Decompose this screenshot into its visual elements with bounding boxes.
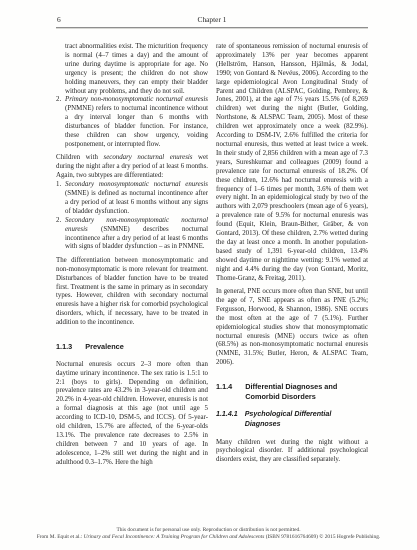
section-title: Psychological Differential Diagnoses bbox=[245, 410, 368, 429]
text-run: Many children wet during the night witho… bbox=[216, 439, 368, 464]
section-number: 1.1.4.1 bbox=[216, 410, 238, 429]
page-number: 6 bbox=[57, 15, 61, 25]
paragraph: Nocturnal enuresis occurs 2–3 more often… bbox=[56, 361, 208, 468]
paragraph: Many children wet during the night witho… bbox=[216, 439, 368, 466]
italic-text: Urinary and Fecal Incontinence: A Traini… bbox=[84, 534, 265, 540]
section-heading: 1.1.4Differential Diagnoses and Comorbid… bbox=[216, 382, 368, 401]
text-run: In general, PNE occurs more often than S… bbox=[216, 288, 368, 366]
paragraph: Children with secondary nocturnal enures… bbox=[56, 154, 208, 181]
paragraph: The differentiation between monosymptoma… bbox=[56, 257, 208, 328]
text-run: rate of spontaneous remission of nocturn… bbox=[216, 43, 368, 282]
list-item: 2.Secondary non-monosymptomatic nocturna… bbox=[56, 217, 208, 253]
list-item-text: Primary non-monosymptomatic nocturnal en… bbox=[65, 96, 208, 149]
page-footer: This document is for personal use only. … bbox=[0, 527, 417, 542]
text-run: tract abnormalities exist. The micturiti… bbox=[65, 43, 208, 95]
list-marker: 2. bbox=[56, 217, 65, 253]
section-title: Prevalence bbox=[85, 342, 124, 352]
text-run: (PNMNE) refers to nocturnal incontinence… bbox=[65, 105, 208, 148]
subsection-heading: 1.1.4.1Psychological Differential Diagno… bbox=[216, 410, 368, 429]
paragraph: In general, PNE occurs more often than S… bbox=[216, 288, 368, 368]
list-marker: 1. bbox=[56, 181, 65, 217]
left-column: tract abnormalities exist. The micturiti… bbox=[56, 43, 208, 468]
text-run: Nocturnal enuresis occurs 2–3 more often… bbox=[56, 361, 208, 466]
footer-source-citation: From M. Equit et al.: Urinary and Fecal … bbox=[0, 534, 417, 542]
page-header: 6 Chapter 1 bbox=[56, 15, 368, 26]
header-rule bbox=[56, 27, 368, 28]
text-run: The differentiation between monosymptoma… bbox=[56, 257, 208, 326]
list-item: 2.Primary non-monosymptomatic nocturnal … bbox=[56, 96, 208, 149]
section-heading: 1.1.3Prevalence bbox=[56, 342, 208, 352]
paragraph: tract abnormalities exist. The micturiti… bbox=[56, 43, 208, 96]
text-run: (ISBN 9781616764609) © 2015 Hogrefe Publ… bbox=[264, 534, 380, 540]
list-item-text: Secondary monosymptomatic nocturnal enur… bbox=[65, 181, 208, 217]
section-number: 1.1.4 bbox=[216, 382, 232, 401]
list-marker: 2. bbox=[56, 96, 65, 149]
italic-text: secondary nocturnal enuresis bbox=[104, 154, 193, 161]
section-title: Differential Diagnoses and Comorbid Diso… bbox=[245, 382, 368, 401]
list-item-text: Secondary non-monosymptomatic nocturnal … bbox=[65, 217, 208, 253]
italic-text: Secondary monosymptomatic nocturnal enur… bbox=[65, 181, 208, 188]
section-number: 1.1.3 bbox=[56, 342, 72, 352]
list-item: 1.Secondary monosymptomatic nocturnal en… bbox=[56, 181, 208, 217]
chapter-title: Chapter 1 bbox=[56, 15, 368, 25]
paragraph: rate of spontaneous remission of nocturn… bbox=[216, 43, 368, 283]
book-page: 6 Chapter 1 tract abnormalities exist. T… bbox=[0, 0, 417, 550]
text-run: Children with bbox=[56, 154, 104, 161]
text-columns: tract abnormalities exist. The micturiti… bbox=[56, 43, 368, 468]
italic-text: Primary non-monosymptomatic nocturnal en… bbox=[65, 96, 208, 103]
text-run: From M. Equit et al.: bbox=[37, 534, 84, 540]
right-column: rate of spontaneous remission of nocturn… bbox=[216, 43, 368, 465]
text-run: (SMNE) is defined as nocturnal incontine… bbox=[65, 190, 208, 215]
